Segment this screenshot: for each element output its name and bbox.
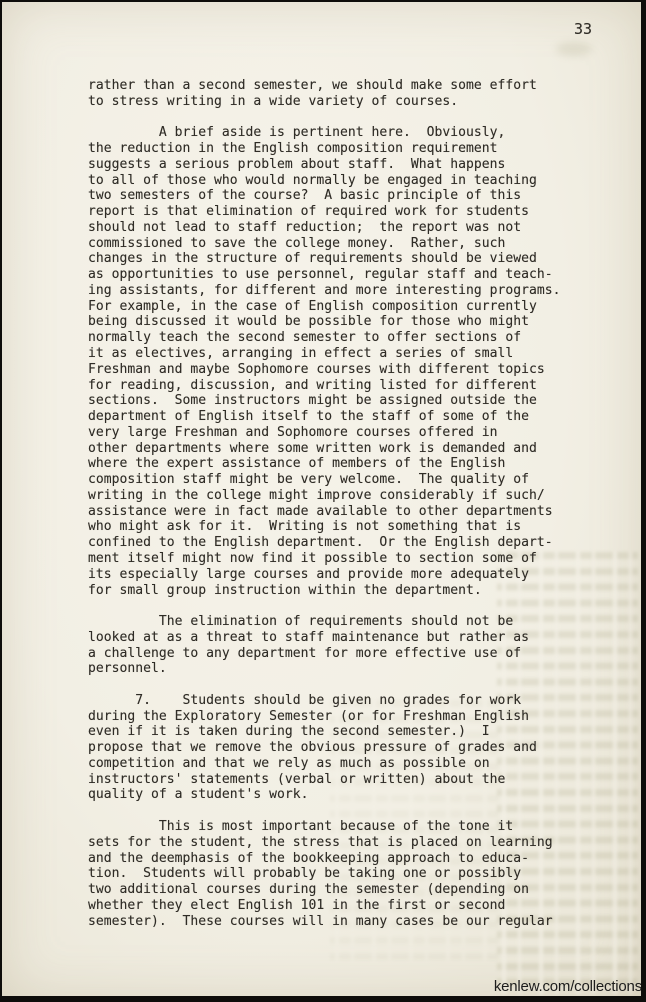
paragraph-tone-for-student: This is most important because of the to… (88, 819, 588, 929)
scan-edge-top (0, 0, 646, 2)
paragraph-item-7-no-grades: 7. Students should be given no grades fo… (88, 693, 588, 803)
typewritten-text-column: rather than a second semester, we should… (88, 78, 588, 945)
scan-edge-right (641, 0, 646, 1002)
paragraph-brief-aside: A brief aside is pertinent here. Obvious… (88, 125, 588, 598)
paragraph-elimination-of-requirements: The elimination of requirements should n… (88, 614, 588, 677)
scan-edge-left (0, 0, 2, 1002)
paragraph-intro-continuation: rather than a second semester, we should… (88, 78, 588, 110)
page-number: 33 (574, 20, 592, 38)
scanned-document-page: 33 rather than a second semester, we sho… (0, 0, 646, 1002)
watermark-label: kenlew.com/collections (494, 978, 642, 995)
ink-smudge-artifact (556, 42, 592, 56)
scan-edge-bottom (0, 996, 646, 1002)
